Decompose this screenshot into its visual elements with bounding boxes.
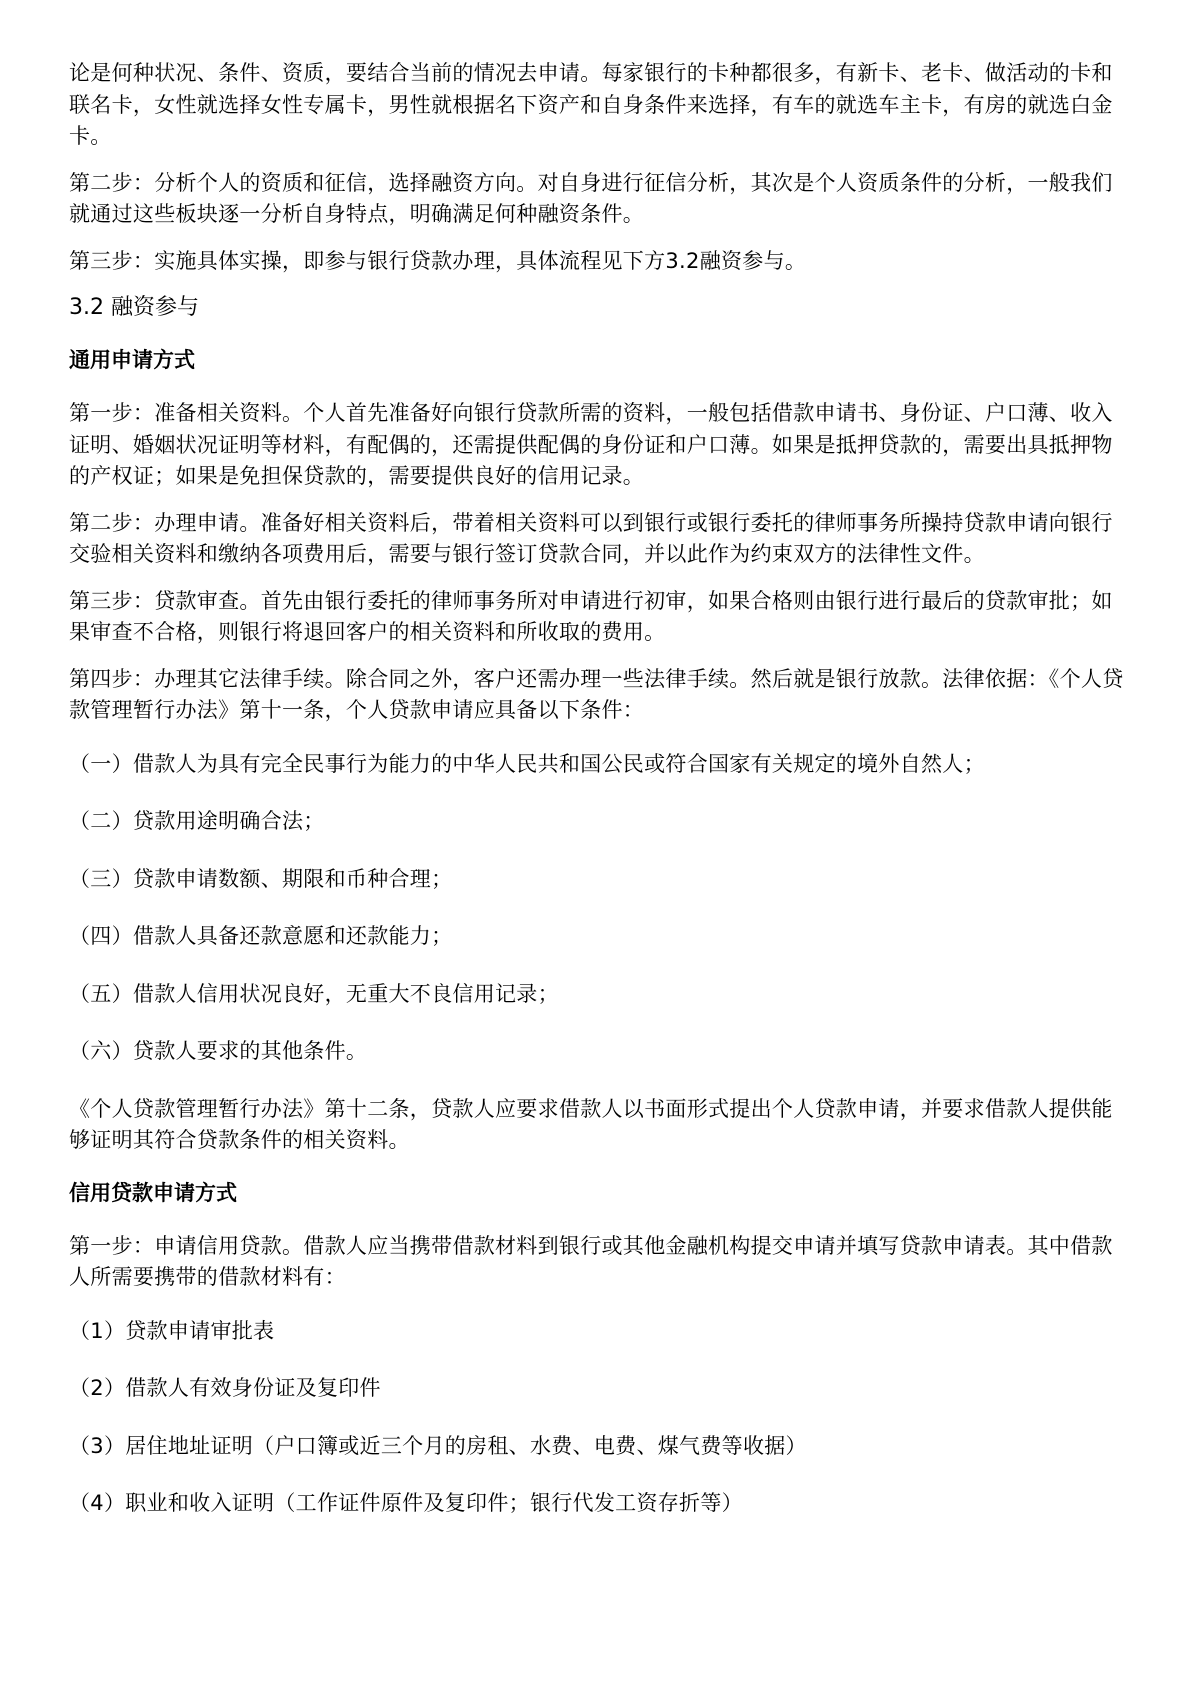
general-step-2: 第二步：办理申请。准备好相关资料后，带着相关资料可以到银行或银行委托的律师事务所… [69, 508, 1129, 571]
general-step-3: 第三步：贷款审查。首先由银行委托的律师事务所对申请进行初审，如果合格则由银行进行… [69, 586, 1129, 649]
condition-item: （六）贷款人要求的其他条件。 [69, 1036, 1129, 1068]
condition-item: （一）借款人为具有完全民事行为能力的中华人民共和国公民或符合国家有关规定的境外自… [69, 749, 1129, 781]
general-step-4: 第四步：办理其它法律手续。除合同之外，客户还需办理一些法律手续。然后就是银行放款… [69, 664, 1129, 727]
step2-analysis-paragraph: 第二步：分析个人的资质和征信，选择融资方向。对自身进行征信分析，其次是个人资质条… [69, 168, 1129, 231]
condition-item: （二）贷款用途明确合法； [69, 806, 1129, 838]
credit-loan-heading: 信用贷款申请方式 [69, 1177, 1129, 1209]
document-page: 论是何种状况、条件、资质，要结合当前的情况去申请。每家银行的卡种都很多，有新卡、… [69, 58, 1129, 1546]
section-title-3-2: 3.2 融资参与 [69, 292, 1129, 324]
intro-paragraph: 论是何种状况、条件、资质，要结合当前的情况去申请。每家银行的卡种都很多，有新卡、… [69, 58, 1129, 153]
general-application-heading: 通用申请方式 [69, 344, 1129, 376]
credit-step-1: 第一步：申请信用贷款。借款人应当携带借款材料到银行或其他金融机构提交申请并填写贷… [69, 1231, 1129, 1294]
material-item: （4）职业和收入证明（工作证件原件及复印件；银行代发工资存折等） [69, 1488, 1129, 1520]
general-step-1: 第一步：准备相关资料。个人首先准备好向银行贷款所需的资料，一般包括借款申请书、身… [69, 398, 1129, 493]
condition-item: （四）借款人具备还款意愿和还款能力； [69, 921, 1129, 953]
step3-implement-paragraph: 第三步：实施具体实操，即参与银行贷款办理，具体流程见下方3.2融资参与。 [69, 246, 1129, 278]
material-item: （1）贷款申请审批表 [69, 1316, 1129, 1348]
condition-item: （三）贷款申请数额、期限和币种合理； [69, 864, 1129, 896]
condition-item: （五）借款人信用状况良好，无重大不良信用记录； [69, 979, 1129, 1011]
article-12-paragraph: 《个人贷款管理暂行办法》第十二条，贷款人应要求借款人以书面形式提出个人贷款申请，… [69, 1094, 1129, 1157]
material-item: （2）借款人有效身份证及复印件 [69, 1373, 1129, 1405]
material-item: （3）居住地址证明（户口簿或近三个月的房租、水费、电费、煤气费等收据） [69, 1431, 1129, 1463]
